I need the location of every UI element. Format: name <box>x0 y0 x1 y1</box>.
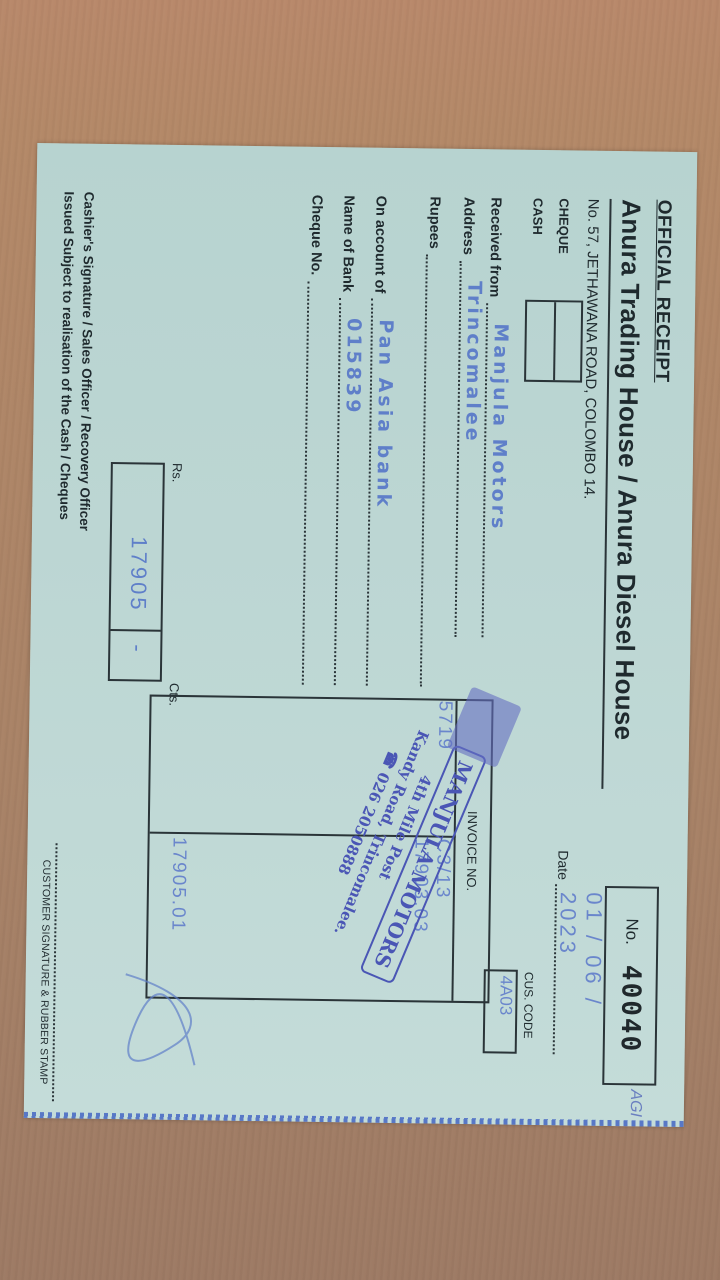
on-account-of-value: Pan Asia bank <box>372 319 397 509</box>
signature-scribble <box>104 964 216 1086</box>
address-field: Address Trincomalee <box>454 197 484 637</box>
receipt-header: OFFICIAL RECEIPT Anura Trading House / A… <box>576 199 674 790</box>
official-receipt: OFFICIAL RECEIPT Anura Trading House / A… <box>24 143 698 1127</box>
invoice-value-3: 17905.01 <box>166 837 189 933</box>
cash-label: CASH <box>524 198 551 254</box>
name-of-bank-value: 015839 <box>342 318 365 416</box>
company-address: No. 57, JETHAWANA ROAD, COLOMBO 14. <box>576 199 601 789</box>
company-name: Anura Trading House / Anura Diesel House <box>601 199 646 789</box>
name-of-bank-label: Name of Bank <box>339 195 356 292</box>
date-value: 01 / 06 / 2023 <box>553 892 607 1055</box>
on-account-of-field: On account of Pan Asia bank <box>366 196 397 686</box>
on-account-of-label: On account of <box>371 196 388 294</box>
payment-mode-checkboxes <box>524 300 583 383</box>
receipt-title: OFFICIAL RECEIPT <box>644 200 674 790</box>
rupees-label: Rupees <box>426 196 443 249</box>
rs-label: Rs. <box>170 463 185 483</box>
amount-cts-value: - <box>124 644 150 652</box>
cus-code-label: CUS. CODE <box>521 972 536 1039</box>
received-from-value: Manjula Motors <box>487 323 512 531</box>
name-of-bank-field: Name of Bank 015839 <box>334 195 365 685</box>
cashier-signature-label: Cashier's Signature / Sales Officer / Re… <box>77 192 97 532</box>
payment-mode-labels: CHEQUE CASH <box>524 198 577 254</box>
date-label: Date <box>555 850 571 880</box>
date-field: Date 01 / 06 / 2023 <box>553 850 576 1054</box>
customer-signature-label: CUSTOMER SIGNATURE & RUBBER STAMP <box>37 843 58 1101</box>
realisation-note: Issued Subject to realisation of the Cas… <box>57 191 77 520</box>
rupees-field: Rupees <box>420 196 451 686</box>
cheque-no-label: Cheque No. <box>308 195 325 276</box>
cus-code-value: 4A03 <box>495 975 516 1015</box>
address-value: Trincomalee <box>461 281 485 444</box>
received-from-field: Received from Manjula Motors <box>481 197 511 637</box>
received-from-label: Received from <box>486 197 503 297</box>
address-label: Address <box>460 197 477 255</box>
amount-rs-value: 17905 <box>125 536 152 613</box>
receipt-number-box: No. 40040 <box>602 886 659 1086</box>
receipt-number: 40040 <box>615 965 646 1054</box>
cheque-no-field: Cheque No. <box>302 195 333 685</box>
corner-note: AGI <box>626 1089 644 1117</box>
cheque-label: CHEQUE <box>550 198 577 254</box>
receipt-number-label: No. <box>621 918 641 945</box>
